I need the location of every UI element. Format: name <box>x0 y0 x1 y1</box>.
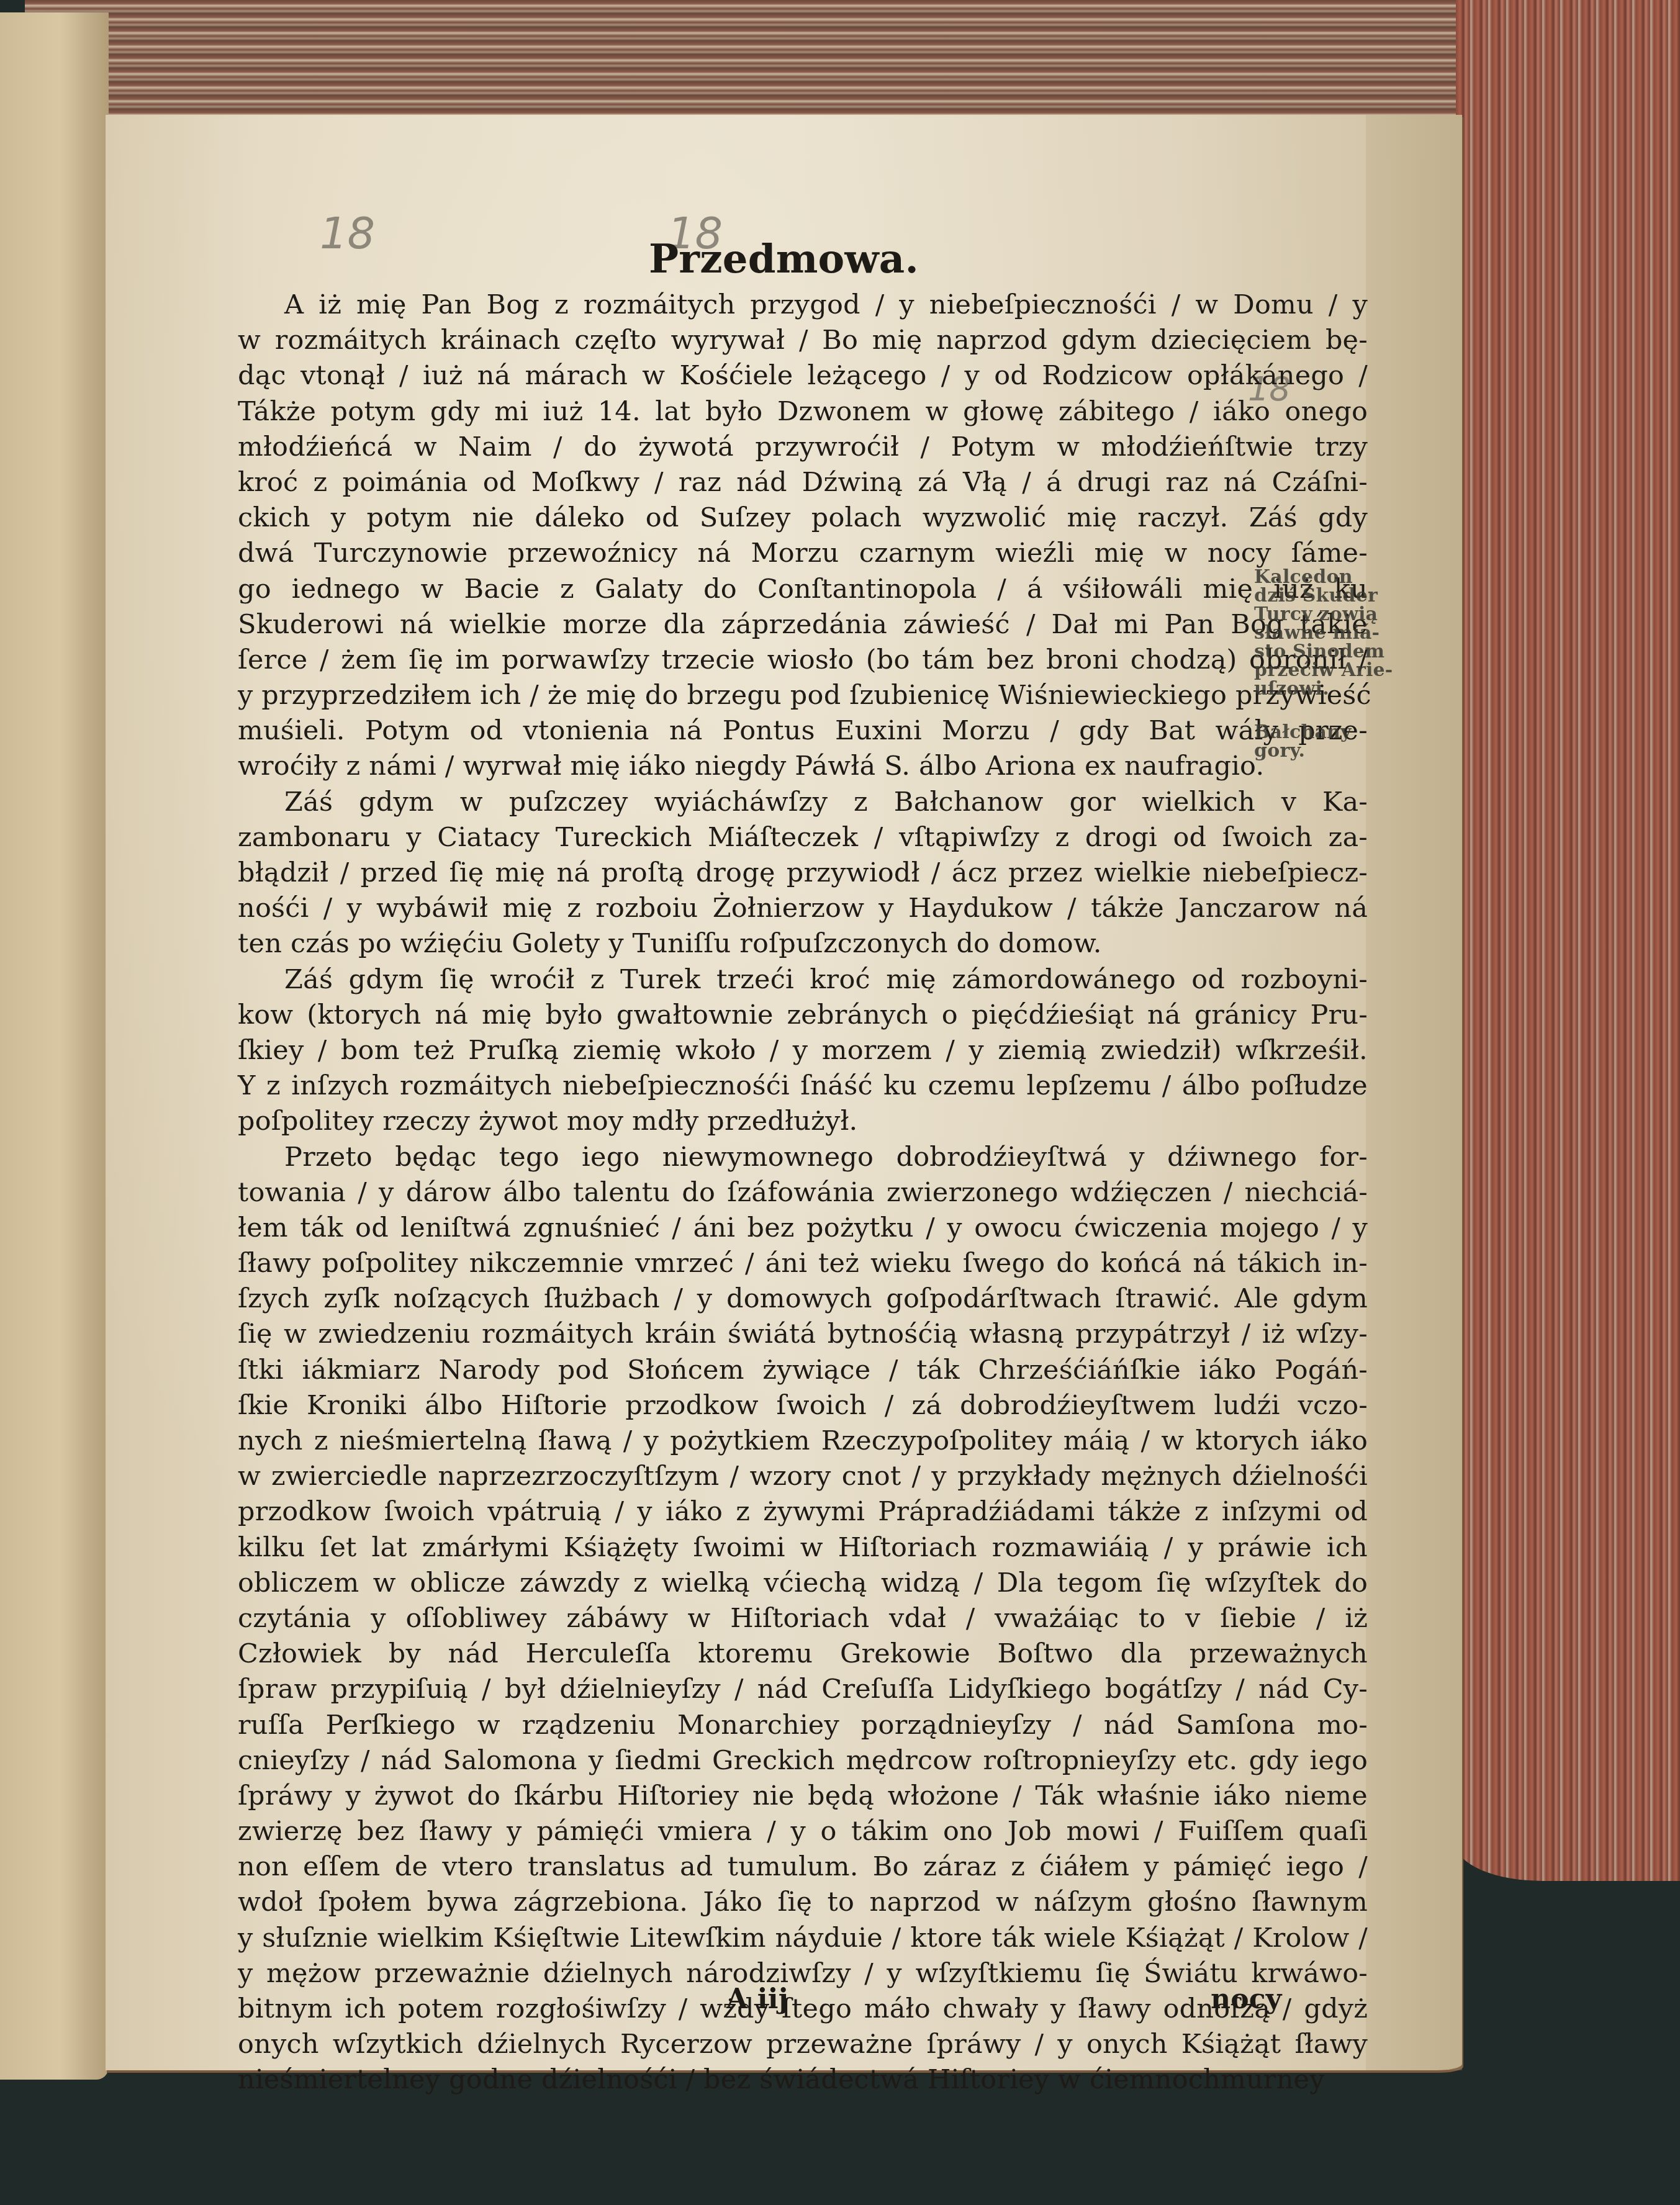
text-line: Záś gdym w puſzczey wyiácháwſzy z Bałcha… <box>238 785 1368 820</box>
text-line: ſkie Kroniki álbo Hiſtorie przodkow ſwoi… <box>238 1388 1368 1423</box>
text-line: onych wſzytkich dźielnych Rycerzow przew… <box>238 2027 1368 2062</box>
text-line: łem ták od leniſtwá zgnuśnieć / áni bez … <box>238 1211 1368 1246</box>
text-line: muśieli. Potym od vtonienia ná Pontus Eu… <box>238 713 1368 749</box>
body-text: A iż mię Pan Bog z rozmáitych przygod / … <box>238 287 1368 2098</box>
text-line: Záś gdym ſię wroćił z Turek trzeći kroć … <box>238 962 1368 998</box>
section-heading: Przedmowa. <box>106 236 1462 282</box>
book-fore-edge <box>1456 0 1680 1881</box>
margin-note-line: uſzowi. <box>1254 680 1453 698</box>
text-line: kilku ſet lat zmárłymi Kśiążęty ſwoimi w… <box>238 1530 1368 1566</box>
margin-note-line: Bałchany <box>1254 723 1453 742</box>
signature-mark: A iij <box>726 1983 788 2021</box>
text-line: obliczem w oblicze záwzdy z wielką vćiec… <box>238 1566 1368 1601</box>
text-line: towania / y dárow álbo talentu do ſzáfow… <box>238 1175 1368 1211</box>
margin-note-line: sławne miá- <box>1254 624 1453 643</box>
text-line: ckich y potym nie dáleko od Suſzey polac… <box>238 500 1368 536</box>
text-line: wdoł ſpołem bywa zágrzebiona. Jáko ſię t… <box>238 1885 1368 1920</box>
text-line: w zwierciedle naprzezrzoczyſtſzym / wzor… <box>238 1459 1368 1494</box>
text-line: ſerce / żem ſię im porwawſzy trzecie wio… <box>238 643 1368 678</box>
text-line: dąc vtonął / iuż ná márach w Kośćiele le… <box>238 358 1368 394</box>
text-line: zwierzę bez ſławy y pámięći vmiera / y o… <box>238 1814 1368 1849</box>
text-line: w rozmáitych kráinach częſto wyrywał / B… <box>238 323 1368 358</box>
margin-note-line: sto Sinodem <box>1254 643 1453 661</box>
text-line: błądził / przed ſię mię ná proſtą drogę … <box>238 855 1368 891</box>
text-line: ſtki iákmiarz Narody pod Słońcem żywiące… <box>238 1353 1368 1388</box>
margin-note-line: gory. <box>1254 742 1453 760</box>
text-line: kow (ktorych ná mię było gwałtownie zebr… <box>238 998 1368 1033</box>
text-line: czytánia y oſſobliwey zábáwy w Hiſtoriac… <box>238 1601 1368 1636</box>
catchword: nocy <box>1211 1983 1282 2021</box>
text-line: cnieyſzy / nád Salomona y ſiedmi Greckic… <box>238 1743 1368 1779</box>
text-line: go iednego w Bacie z Galaty do Conſtanti… <box>238 572 1368 607</box>
text-line: Tákże potym gdy mi iuż 14. lat było Dzwo… <box>238 394 1368 430</box>
margin-note-line: Kalcedon <box>1254 568 1453 587</box>
text-line: młodźieńcá w Naim / do żywotá przywroćił… <box>238 430 1368 465</box>
text-line: wroćiły z námi / wyrwał mię iáko niegdy … <box>238 749 1368 784</box>
facing-page-edge <box>0 12 109 2080</box>
book-top-edge <box>25 0 1558 124</box>
text-line: ſzych zyſk noſzących ſłużbach / y domowy… <box>238 1281 1368 1317</box>
text-line: kroć z poimánia od Moſkwy / raz nád Dźwi… <box>238 465 1368 500</box>
text-line: bitnym ich potem rozgłośiwſzy / wżdy ſte… <box>238 1991 1368 2027</box>
text-line: y mężow przeważnie dźielnych národziwſzy… <box>238 1956 1368 1991</box>
text-line: Człowiek by nád Herculeſſa ktoremu Greko… <box>238 1636 1368 1672</box>
margin-note-line: dziś Skuder <box>1254 587 1453 605</box>
text-line: Y z inſzych rozmáitych niebeſpiecznośći … <box>238 1068 1368 1104</box>
text-line: ſpráwy y żywot do ſkárbu Hiſtoriey nie b… <box>238 1779 1368 1814</box>
text-line: ruſſa Perſkiego w rządzeniu Monarchiey p… <box>238 1708 1368 1743</box>
text-line: ſkiey / bom też Pruſką ziemię wkoło / y … <box>238 1033 1368 1068</box>
margin-note-line: Turcy zowią <box>1254 605 1453 624</box>
text-line: ten czás po wźięćiu Golety y Tuniſſu roſ… <box>238 926 1368 962</box>
margin-notes: Kalcedondziś SkuderTurcy zowiąsławne miá… <box>1254 568 1453 760</box>
text-line: y przyprzedziłem ich / że mię do brzegu … <box>238 678 1368 713</box>
text-line: poſpolitey rzeczy żywot moy mdły przedłu… <box>238 1104 1368 1139</box>
text-line: Skuderowi ná wielkie morze dla záprzedán… <box>238 607 1368 643</box>
text-line: y słuſznie wielkim Kśięſtwie Litewſkim n… <box>238 1921 1368 1956</box>
text-line: zambonaru y Ciatacy Tureckich Miáſteczek… <box>238 820 1368 855</box>
text-line: nych z nieśmiertelną ſławą / y pożytkiem… <box>238 1423 1368 1459</box>
text-line: non eſſem de vtero translatus ad tumulum… <box>238 1849 1368 1885</box>
text-line: ſię w zwiedzeniu rozmáitych kráin świátá… <box>238 1317 1368 1352</box>
margin-note-line: przećiw Arie- <box>1254 661 1453 680</box>
margin-note-gap <box>1254 698 1453 723</box>
text-line: A iż mię Pan Bog z rozmáitych przygod / … <box>238 287 1368 323</box>
page-fold-shade <box>1366 115 1462 2070</box>
text-line: przodkow ſwoich vpátruią / y iáko z żywy… <box>238 1494 1368 1530</box>
book-page: 18 18 18 Przedmowa. A iż mię Pan Bog z r… <box>106 115 1462 2070</box>
text-line: nośći / y wybáwił mię z rozboiu Żołnierz… <box>238 891 1368 926</box>
text-line: ſławy poſpolitey nikczemnie vmrzeć / áni… <box>238 1246 1368 1281</box>
text-line: ſpraw przypiſuią / był dźielnieyſzy / ná… <box>238 1672 1368 1707</box>
text-line: Przeto będąc tego iego niewymownego dobr… <box>238 1140 1368 1175</box>
text-line: dwá Turczynowie przewoźnicy ná Morzu cza… <box>238 536 1368 571</box>
text-line: nieśmiertelney godne dźielnośći / bez św… <box>238 2062 1368 2098</box>
